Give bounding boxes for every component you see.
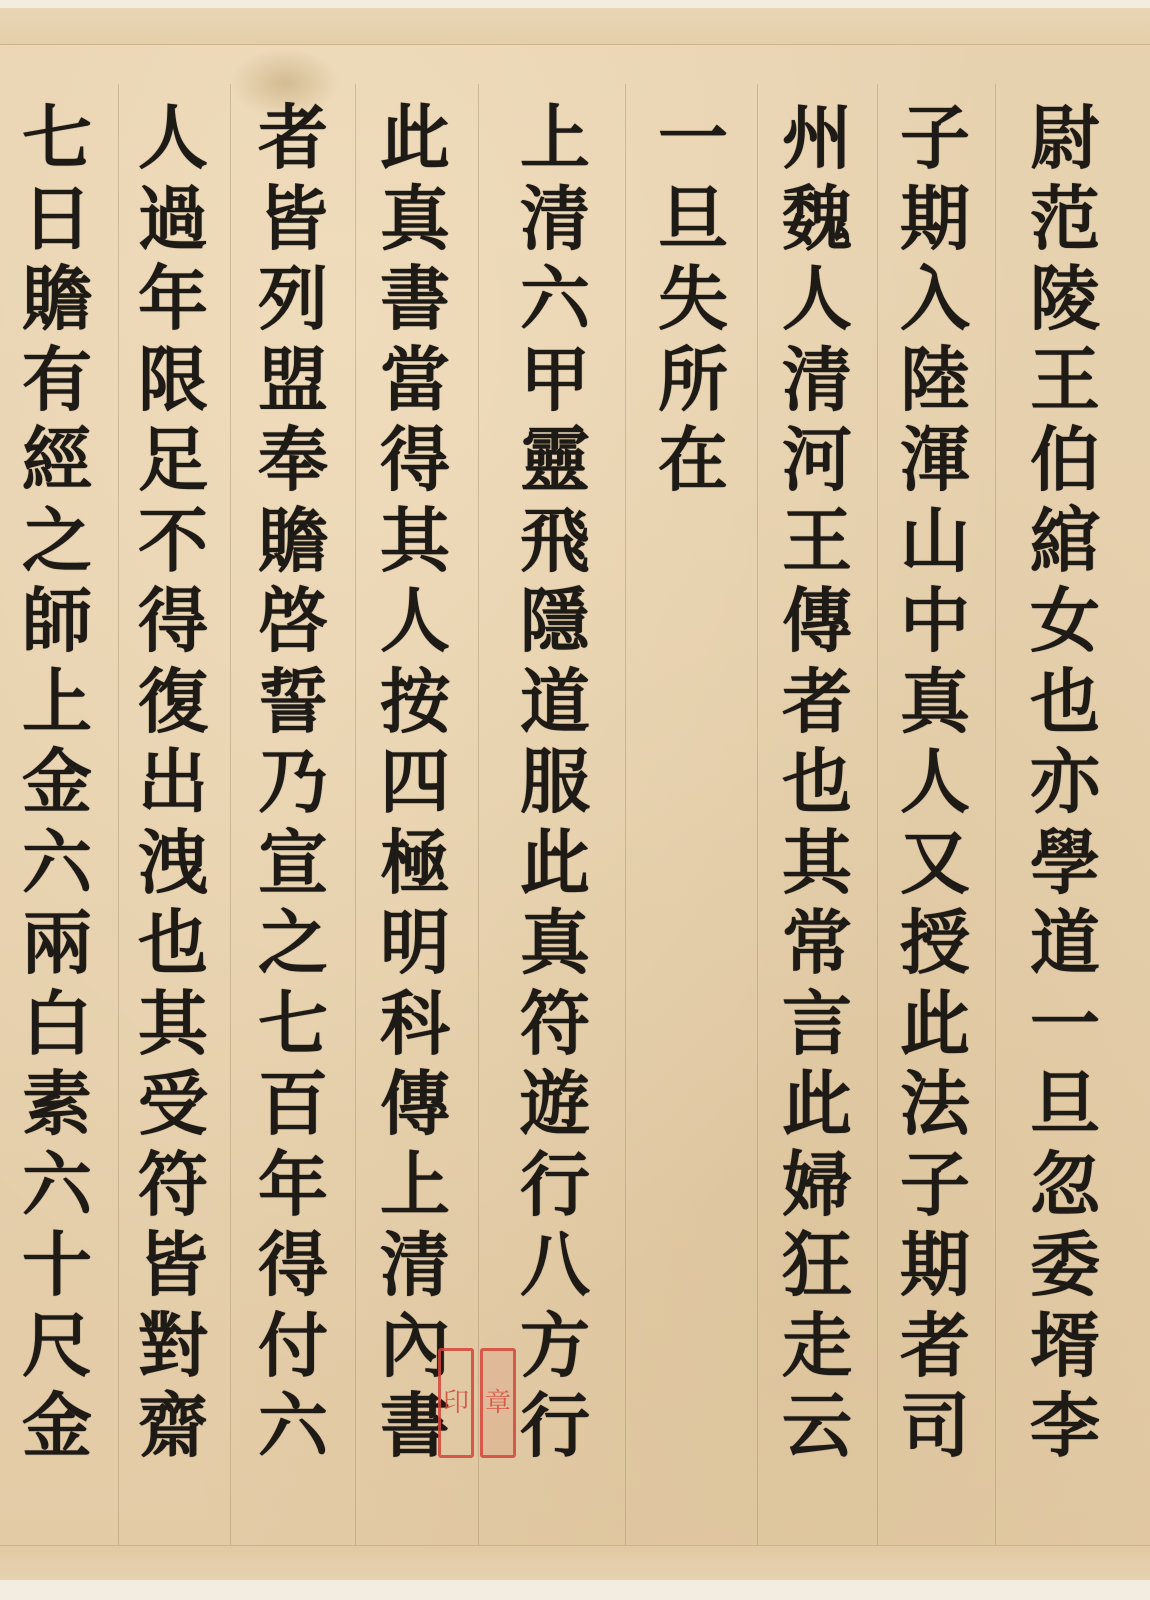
character-glyph: 金	[22, 742, 92, 823]
text-column-4: 一旦失所在	[638, 98, 748, 1548]
character-glyph: 一	[1030, 984, 1100, 1065]
character-glyph: 河	[782, 420, 852, 501]
character-glyph: 得	[138, 581, 208, 662]
character-glyph: 又	[900, 823, 970, 904]
character-glyph: 旦	[1030, 1064, 1100, 1145]
text-column-2: 子期入陸渾山中真人又授此法子期者司	[880, 98, 990, 1548]
character-glyph: 亦	[1030, 742, 1100, 823]
character-glyph: 六	[520, 259, 590, 340]
character-glyph: 伯	[1030, 420, 1100, 501]
character-glyph: 啓	[258, 581, 328, 662]
character-glyph: 期	[900, 179, 970, 260]
column-rule	[478, 84, 479, 1546]
character-glyph: 真	[520, 903, 590, 984]
character-glyph: 此	[782, 1064, 852, 1145]
character-glyph: 四	[380, 742, 450, 823]
character-glyph: 方	[520, 1306, 590, 1387]
character-glyph: 受	[138, 1064, 208, 1145]
character-glyph: 失	[658, 259, 728, 340]
character-glyph: 人	[380, 581, 450, 662]
character-glyph: 齋	[138, 1386, 208, 1467]
character-glyph: 人	[138, 98, 208, 179]
text-column-5: 上清六甲靈飛隱道服此真符遊行八方行	[500, 98, 610, 1548]
character-glyph: 服	[520, 742, 590, 823]
character-glyph: 當	[380, 340, 450, 421]
character-glyph: 贍	[22, 259, 92, 340]
character-glyph: 甲	[520, 340, 590, 421]
character-glyph: 人	[782, 259, 852, 340]
character-glyph: 之	[22, 501, 92, 582]
character-glyph: 法	[900, 1064, 970, 1145]
character-glyph: 上	[22, 662, 92, 743]
character-glyph: 之	[258, 903, 328, 984]
character-glyph: 行	[520, 1386, 590, 1467]
character-glyph: 尉	[1030, 98, 1100, 179]
character-glyph: 皆	[258, 179, 328, 260]
character-glyph: 尺	[22, 1306, 92, 1387]
character-glyph: 也	[782, 742, 852, 823]
top-margin-band	[0, 8, 1150, 45]
character-glyph: 隱	[520, 581, 590, 662]
character-glyph: 八	[520, 1225, 590, 1306]
text-column-7: 者皆列盟奉贍啓誓乃宣之七百年得付六	[238, 98, 348, 1548]
character-glyph: 過	[138, 179, 208, 260]
character-glyph: 書	[380, 259, 450, 340]
character-glyph: 符	[138, 1145, 208, 1226]
character-glyph: 限	[138, 340, 208, 421]
column-rule	[355, 84, 356, 1546]
character-glyph: 陵	[1030, 259, 1100, 340]
character-glyph: 年	[138, 259, 208, 340]
text-column-1: 尉范陵王伯綰女也亦學道一旦忽委壻李	[1010, 98, 1120, 1548]
character-glyph: 列	[258, 259, 328, 340]
character-glyph: 盟	[258, 340, 328, 421]
character-glyph: 七	[258, 984, 328, 1065]
character-glyph: 清	[380, 1225, 450, 1306]
character-glyph: 忽	[1030, 1145, 1100, 1226]
character-glyph: 上	[520, 98, 590, 179]
column-rule	[625, 84, 626, 1546]
character-glyph: 者	[900, 1306, 970, 1387]
character-glyph: 云	[782, 1386, 852, 1467]
character-glyph: 上	[380, 1145, 450, 1226]
character-glyph: 李	[1030, 1386, 1100, 1467]
text-column-3: 州魏人清河王傳者也其常言此婦狂走云	[762, 98, 872, 1548]
character-glyph: 王	[782, 501, 852, 582]
character-glyph: 委	[1030, 1225, 1100, 1306]
character-glyph: 真	[380, 179, 450, 260]
character-glyph: 其	[782, 823, 852, 904]
character-glyph: 此	[380, 98, 450, 179]
character-glyph: 者	[258, 98, 328, 179]
character-glyph: 十	[22, 1225, 92, 1306]
character-glyph: 經	[22, 420, 92, 501]
character-glyph: 壻	[1030, 1306, 1100, 1387]
character-glyph: 素	[22, 1064, 92, 1145]
seal-right: 章	[480, 1348, 516, 1458]
character-glyph: 六	[22, 1145, 92, 1226]
character-glyph: 對	[138, 1306, 208, 1387]
column-rule	[757, 84, 758, 1546]
character-glyph: 兩	[22, 903, 92, 984]
character-glyph: 道	[1030, 903, 1100, 984]
character-glyph: 贍	[258, 501, 328, 582]
character-glyph: 付	[258, 1306, 328, 1387]
character-glyph: 百	[258, 1064, 328, 1145]
character-glyph: 奉	[258, 420, 328, 501]
character-glyph: 也	[1030, 662, 1100, 743]
column-rule	[995, 84, 996, 1546]
character-glyph: 范	[1030, 179, 1100, 260]
character-glyph: 綰	[1030, 501, 1100, 582]
character-glyph: 明	[380, 903, 450, 984]
character-glyph: 乃	[258, 742, 328, 823]
column-rule	[230, 84, 231, 1546]
character-glyph: 者	[782, 662, 852, 743]
character-glyph: 其	[138, 984, 208, 1065]
text-column-8: 人過年限足不得復出洩也其受符皆對齋	[118, 98, 228, 1548]
character-glyph: 狂	[782, 1225, 852, 1306]
character-glyph: 一	[658, 98, 728, 179]
character-glyph: 復	[138, 662, 208, 743]
character-glyph: 旦	[658, 179, 728, 260]
character-glyph: 宣	[258, 823, 328, 904]
character-glyph: 期	[900, 1225, 970, 1306]
character-glyph: 科	[380, 984, 450, 1065]
character-glyph: 女	[1030, 581, 1100, 662]
character-glyph: 遊	[520, 1064, 590, 1145]
character-glyph: 子	[900, 98, 970, 179]
character-glyph: 渾	[900, 420, 970, 501]
character-glyph: 在	[658, 420, 728, 501]
character-glyph: 六	[22, 823, 92, 904]
character-glyph: 王	[1030, 340, 1100, 421]
character-glyph: 不	[138, 501, 208, 582]
manuscript-paper: 尉范陵王伯綰女也亦學道一旦忽委壻李 子期入陸渾山中真人又授此法子期者司 州魏人清…	[0, 8, 1150, 1580]
character-glyph: 陸	[900, 340, 970, 421]
character-glyph: 皆	[138, 1225, 208, 1306]
character-glyph: 行	[520, 1145, 590, 1226]
character-glyph: 極	[380, 823, 450, 904]
red-seal-stamp: 印 章	[438, 1348, 516, 1458]
character-glyph: 白	[22, 984, 92, 1065]
text-column-9: 七日贍有經之師上金六兩白素六十尺金	[2, 98, 112, 1548]
character-glyph: 清	[520, 179, 590, 260]
character-glyph: 七	[22, 98, 92, 179]
character-glyph: 出	[138, 742, 208, 823]
character-glyph: 司	[900, 1386, 970, 1467]
character-glyph: 魏	[782, 179, 852, 260]
character-glyph: 洩	[138, 823, 208, 904]
character-glyph: 真	[900, 662, 970, 743]
character-glyph: 傳	[380, 1064, 450, 1145]
character-glyph: 人	[900, 742, 970, 823]
character-glyph: 入	[900, 259, 970, 340]
bottom-margin-band	[0, 1545, 1150, 1580]
character-glyph: 州	[782, 98, 852, 179]
character-glyph: 婦	[782, 1145, 852, 1226]
character-glyph: 得	[258, 1225, 328, 1306]
character-glyph: 其	[380, 501, 450, 582]
character-glyph: 飛	[520, 501, 590, 582]
character-glyph: 山	[900, 501, 970, 582]
character-glyph: 師	[22, 581, 92, 662]
character-glyph: 走	[782, 1306, 852, 1387]
character-glyph: 按	[380, 662, 450, 743]
character-glyph: 年	[258, 1145, 328, 1226]
character-glyph: 清	[782, 340, 852, 421]
text-column-6: 此真書當得其人按四極明科傳上清內書	[360, 98, 470, 1548]
character-glyph: 道	[520, 662, 590, 743]
character-glyph: 常	[782, 903, 852, 984]
seal-left: 印	[438, 1348, 474, 1458]
character-glyph: 誓	[258, 662, 328, 743]
character-glyph: 中	[900, 581, 970, 662]
character-glyph: 日	[22, 179, 92, 260]
character-glyph: 言	[782, 984, 852, 1065]
character-glyph: 子	[900, 1145, 970, 1226]
character-glyph: 傳	[782, 581, 852, 662]
character-glyph: 也	[138, 903, 208, 984]
character-glyph: 得	[380, 420, 450, 501]
character-glyph: 靈	[520, 420, 590, 501]
character-glyph: 有	[22, 340, 92, 421]
character-glyph: 符	[520, 984, 590, 1065]
column-rule	[877, 84, 878, 1546]
character-glyph: 此	[900, 984, 970, 1065]
character-glyph: 六	[258, 1386, 328, 1467]
character-glyph: 金	[22, 1386, 92, 1467]
character-glyph: 此	[520, 823, 590, 904]
character-glyph: 學	[1030, 823, 1100, 904]
character-glyph: 所	[658, 340, 728, 421]
character-glyph: 足	[138, 420, 208, 501]
character-glyph: 授	[900, 903, 970, 984]
